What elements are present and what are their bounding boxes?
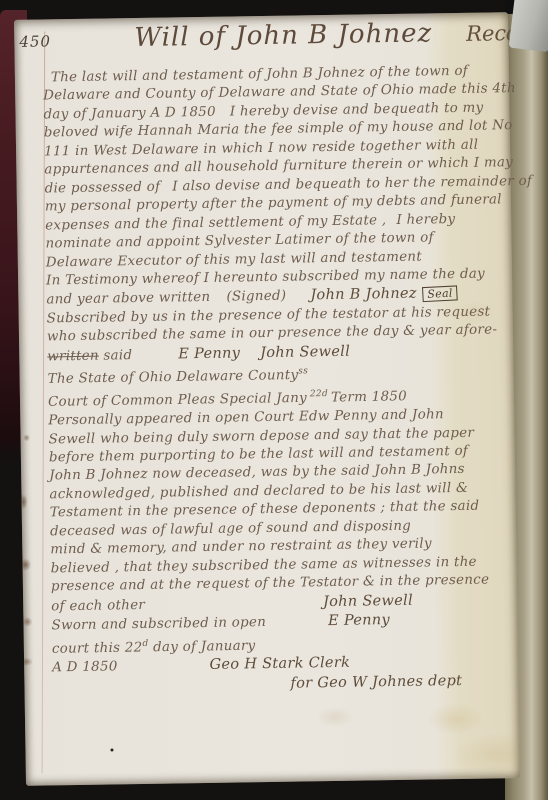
manuscript-page: 450 Will of John B JohnezRecds The last … [14,12,520,786]
text-segment: said [99,348,133,364]
page-clip [509,0,548,52]
text-segment: die possessed of [45,179,161,196]
text-segment: ss [298,367,308,377]
signature-text: Geo H Stark Clerk [209,655,350,673]
manuscript-body: The last will and testament of John B Jo… [43,62,515,698]
text-segment: I hereby devise and bequeath to my [230,100,484,119]
text-segment: day of January A D 1850 [43,105,216,123]
text-segment: (Signed) [226,289,286,305]
word-gap [118,669,210,670]
text-segment: Court of Common Pleas Special Jany [48,391,307,410]
signature-text: John Sewell [260,343,350,360]
word-gap [145,606,323,609]
text-segment: court this 22 [52,640,143,656]
word-gap [132,358,178,359]
text-segment: 22d [310,389,328,399]
text-segment: Term 1850 [331,389,407,405]
manuscript-title: Will of John B Johnez [134,18,432,53]
text-segment: Sworn and subscribed in open [51,615,266,633]
text-segment: day of January [148,638,255,655]
signature-text: John B Johnez [310,286,417,304]
signature-text: for Geo W Johnes dept [290,673,462,692]
text-segment: and year above written [46,290,210,308]
ink-blot [110,748,113,751]
text-segment: A D 1850 [52,660,118,676]
page-heading: Will of John B JohnezRecds [134,17,531,53]
text-segment: I hereby [396,212,455,228]
page-number: 450 [19,32,51,50]
seal-mark: Seal [422,286,458,303]
signature-text: E Penny [328,612,390,629]
word-gap [266,625,328,626]
signature-text: E Penny [178,345,240,362]
text-segment: of each other [51,598,145,614]
struck-word: written [47,348,99,364]
signature-text: John Sewell [323,592,413,609]
text-segment: The State of Ohio Delaware County [48,368,299,387]
